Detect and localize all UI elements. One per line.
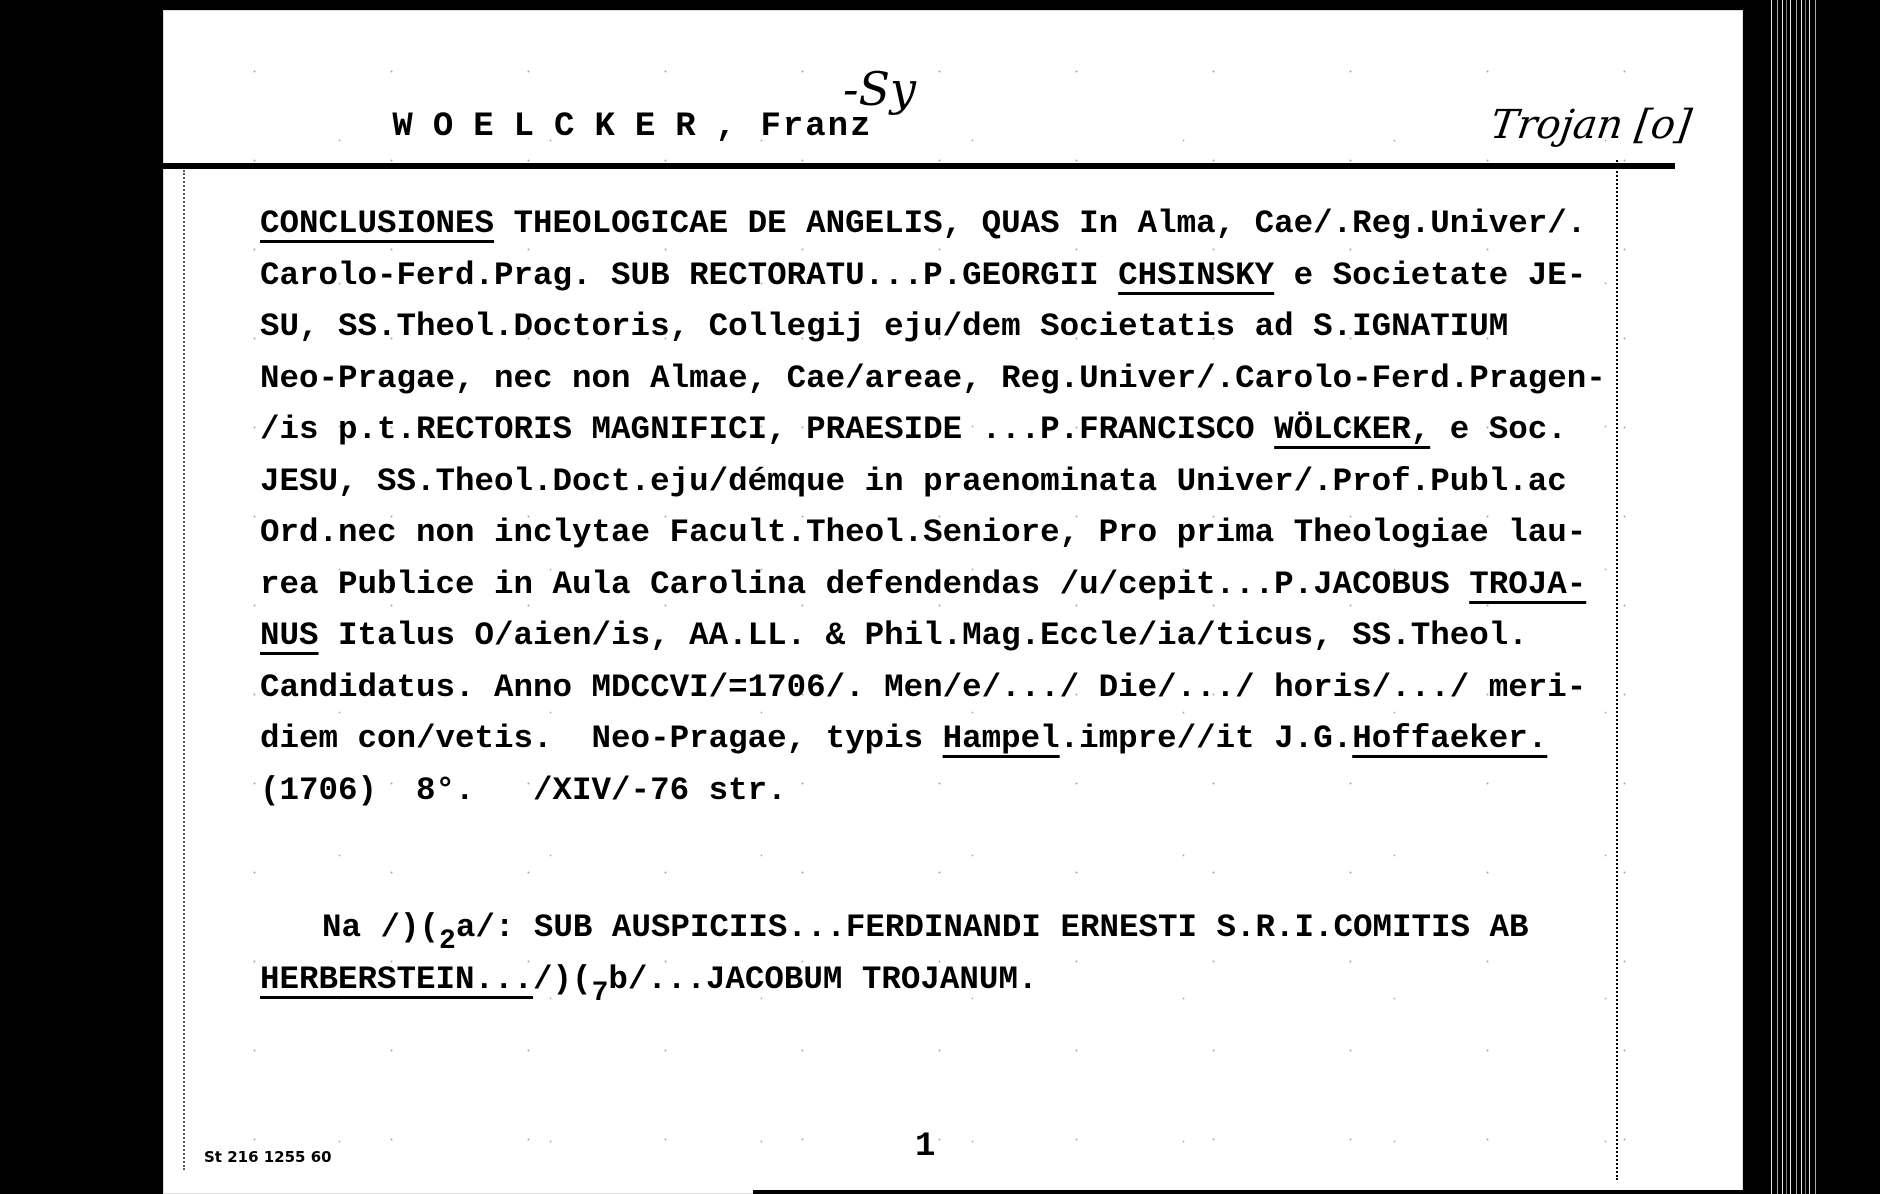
underlined-term: Hoffaeker. — [1352, 720, 1547, 757]
note-line: HERBERSTEIN.../)(7b/...JACOBUM TROJANUM. — [260, 954, 1529, 1006]
text-run: e Soc. — [1430, 411, 1567, 448]
description-line: Neo-Pragae, nec non Almae, Cae/areae, Re… — [260, 353, 1606, 405]
right-margin-line — [1616, 160, 1618, 1180]
scanner-border — [1820, 0, 1880, 1194]
description-line: Carolo-Ferd.Prag. SUB RECTORATU...P.GEOR… — [260, 250, 1606, 302]
underlined-term: Hampel — [943, 720, 1060, 757]
description-line: diem con/vetis. Neo-Pragae, typis Hampel… — [260, 713, 1606, 765]
text-run: (1706) 8°. /XIV/-76 str. — [260, 772, 787, 809]
underlined-term: TROJA- — [1469, 566, 1586, 603]
heading-separator: , — [716, 108, 738, 146]
underlined-term: CONCLUSIONES — [260, 205, 494, 242]
bibliographic-note: Na /)(2a/: SUB AUSPICIIS...FERDINANDI ER… — [260, 902, 1529, 1006]
description-line: CONCLUSIONES THEOLOGICAE DE ANGELIS, QUA… — [260, 198, 1606, 250]
description-line: (1706) 8°. /XIV/-76 str. — [260, 765, 1606, 817]
description-line: /is p.t.RECTORIS MAGNIFICI, PRAESIDE ...… — [260, 404, 1606, 456]
description-line: Candidatus. Anno MDCCVI/=1706/. Men/e/..… — [260, 662, 1606, 714]
left-margin-line — [183, 170, 185, 1170]
page-subscript: 2 — [439, 926, 456, 957]
text-run: Na /)( — [322, 909, 439, 946]
description-line: rea Publice in Aula Carolina defendendas… — [260, 559, 1606, 611]
note-line: Na /)(2a/: SUB AUSPICIIS...FERDINANDI ER… — [260, 902, 1529, 954]
header-divider — [163, 163, 1675, 169]
text-run: rea Publice in Aula Carolina defendendas… — [260, 566, 1469, 603]
description-line: SU, SS.Theol.Doctoris, Collegij eju/dem … — [260, 301, 1606, 353]
handwritten-annotation: Trojan [o] — [1488, 102, 1694, 148]
text-run: Ord.nec non inclytae Facult.Theol.Senior… — [260, 514, 1586, 551]
underlined-term: NUS — [260, 617, 319, 654]
bibliographic-description: CONCLUSIONES THEOLOGICAE DE ANGELIS, QUA… — [260, 198, 1606, 816]
text-run: Carolo-Ferd.Prag. SUB RECTORATU...P.GEOR… — [260, 257, 1118, 294]
text-run: Italus O/aien/is, AA.LL. & Phil.Mag.Eccl… — [319, 617, 1528, 654]
catalog-card: WOELCKER, Franz -Sy Trojan [o] CONCLUSIO… — [163, 10, 1743, 1194]
text-run: THEOLOGICAE DE ANGELIS, QUAS In Alma, Ca… — [494, 205, 1586, 242]
page-subscript: 7 — [592, 978, 609, 1009]
text-run: e Societate JE- — [1274, 257, 1586, 294]
description-line: Ord.nec non inclytae Facult.Theol.Senior… — [260, 507, 1606, 559]
text-run: diem con/vetis. Neo-Pragae, typis — [260, 720, 943, 757]
text-run: .impre//it J.G. — [1060, 720, 1353, 757]
text-run: /is p.t.RECTORIS MAGNIFICI, PRAESIDE ...… — [260, 411, 1274, 448]
text-run: /)( — [533, 961, 592, 998]
card-number: 1 — [915, 1128, 935, 1166]
text-run: JESU, SS.Theol.Doct.eju/démque in praeno… — [260, 463, 1567, 500]
underlined-term: WÖLCKER, — [1274, 411, 1430, 448]
text-run: Candidatus. Anno MDCCVI/=1706/. Men/e/..… — [260, 669, 1586, 706]
author-surname: WOELCKER — [392, 108, 715, 146]
text-run: Neo-Pragae, nec non Almae, Cae/areae, Re… — [260, 360, 1606, 397]
handwritten-shelf-mark: -Sy — [843, 62, 916, 116]
text-run: b/...JACOBUM TROJANUM. — [608, 961, 1037, 998]
text-run: a/: SUB AUSPICIIS...FERDINANDI ERNESTI S… — [456, 909, 1529, 946]
description-line: JESU, SS.Theol.Doct.eju/démque in praeno… — [260, 456, 1606, 508]
bottom-divider — [753, 1190, 1743, 1194]
text-run: SU, SS.Theol.Doctoris, Collegij eju/dem … — [260, 308, 1508, 345]
scan-stage: WOELCKER, Franz -Sy Trojan [o] CONCLUSIO… — [0, 0, 1880, 1194]
call-number: St 216 1255 60 — [204, 1148, 332, 1166]
description-line: NUS Italus O/aien/is, AA.LL. & Phil.Mag.… — [260, 610, 1606, 662]
underlined-term: HERBERSTEIN... — [260, 961, 533, 998]
underlined-term: CHSINSKY — [1118, 257, 1274, 294]
